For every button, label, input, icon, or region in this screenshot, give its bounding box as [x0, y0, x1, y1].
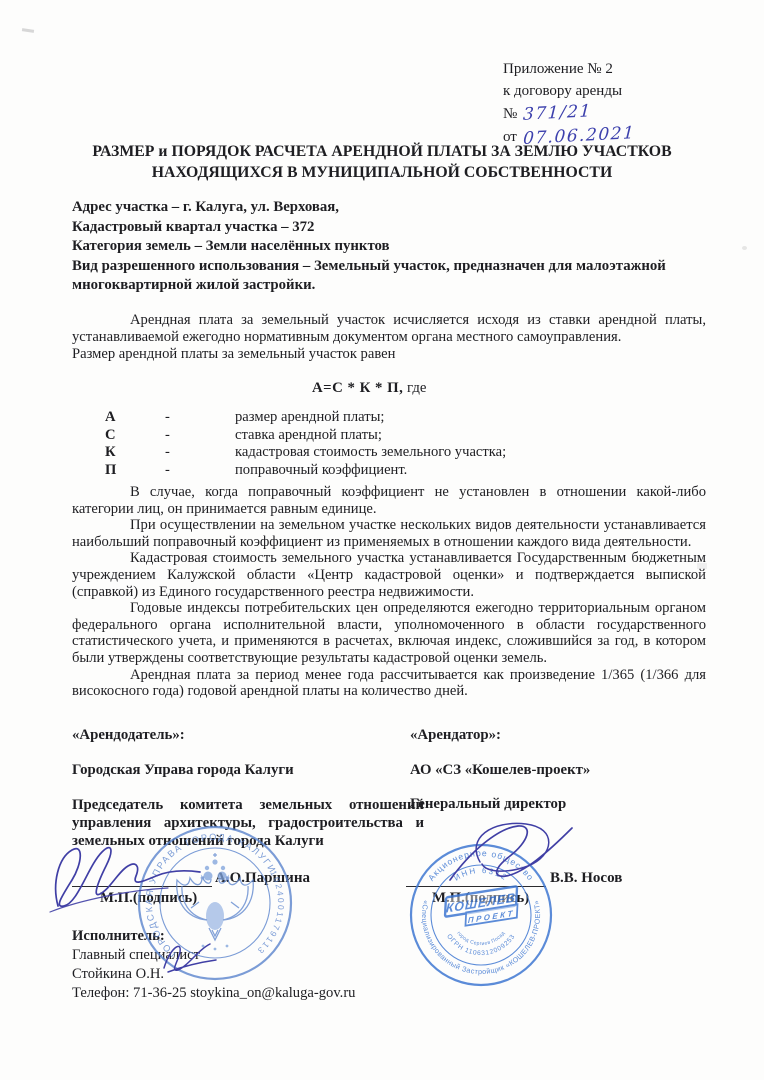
definition-row: А - размер арендной платы; — [72, 409, 706, 427]
definition-letter: К — [105, 444, 165, 462]
stamp-ring-text: ГОРОДСКАЯ УПРАВА ГОРОДА КАЛУГИ — [144, 832, 278, 959]
definition-row: С - ставка арендной платы; — [72, 427, 706, 445]
plot-permitted-use: Вид разрешенного использования – Земельн… — [72, 257, 722, 296]
contract-number-label: № — [503, 106, 517, 122]
kaluga-city-round-stamp: ГОРОДСКАЯ УПРАВА ГОРОДА КАЛУГИ 102400117… — [134, 822, 296, 984]
body-paragraph: Кадастровая стоимость земельного участка… — [72, 550, 706, 600]
body-paragraph: Арендная плата за период менее года расс… — [72, 667, 706, 700]
lessee-organization: АО «СЗ «Кошелев-проект» — [410, 762, 590, 779]
annex-header: Приложение № 2 к договору аренды №371/21… — [503, 58, 635, 148]
koshelev-proekt-round-stamp: Акционерное общество «Специализированный… — [406, 840, 556, 990]
definition-letter: С — [105, 427, 165, 445]
koshelev-logo: КОШЕЛЕВ ПРОЕКТ — [442, 886, 522, 929]
lessee-header: «Арендатор»: — [410, 727, 501, 744]
plot-cadastral-block: Кадастровый квартал участка – 372 — [72, 218, 722, 238]
document-title: РАЗМЕР и ПОРЯДОК РАСЧЕТА АРЕНДНОЙ ПЛАТЫ … — [0, 142, 764, 183]
plot-attributes: Адрес участка – г. Калуга, ул. Верховая,… — [72, 198, 722, 296]
body-paragraph: В случае, когда поправочный коэффициент … — [72, 484, 706, 517]
lessor-organization: Городская Управа города Калуги — [72, 762, 294, 779]
rent-formula: А=С * К * П, где — [72, 380, 706, 397]
title-line-2: НАХОДЯЩИХСЯ В МУНИЦИПАЛЬНОЙ СОБСТВЕННОСТ… — [0, 163, 764, 184]
annex-line-2: к договору аренды — [503, 80, 635, 102]
definition-meaning: кадастровая стоимость земельного участка… — [235, 444, 706, 462]
stamp-inn-text: ИНН 6312 — [452, 866, 509, 883]
scan-artifact — [22, 28, 34, 33]
stamp-city-text: город Сергиев Посад — [455, 931, 506, 948]
scanned-lease-annex-page: Приложение № 2 к договору аренды №371/21… — [0, 0, 764, 1080]
definition-row: П - поправочный коэффициент. — [72, 462, 706, 480]
lessee-signer-name: В.В. Носов — [550, 870, 622, 887]
body-paragraph: При осуществлении на земельном участке н… — [72, 517, 706, 550]
definition-dash: - — [165, 444, 235, 462]
lessor-header: «Арендодатель»: — [72, 727, 185, 744]
definition-dash: - — [165, 462, 235, 480]
annex-line-1: Приложение № 2 — [503, 58, 635, 80]
title-line-1: РАЗМЕР и ПОРЯДОК РАСЧЕТА АРЕНДНОЙ ПЛАТЫ … — [0, 142, 764, 163]
contract-number-handwritten: 371/21 — [523, 100, 593, 126]
body-paragraph: Годовые индексы потребительских цен опре… — [72, 600, 706, 666]
body-paragraphs: В случае, когда поправочный коэффициент … — [72, 484, 706, 700]
intro-section: Арендная плата за земельный участок исчи… — [72, 312, 706, 363]
scan-artifact — [742, 246, 747, 250]
definition-dash: - — [165, 427, 235, 445]
formula-expression: А=С * К * П, — [312, 380, 403, 396]
definition-letter: А — [105, 409, 165, 427]
definition-dash: - — [165, 409, 235, 427]
definition-meaning: ставка арендной платы; — [235, 427, 706, 445]
double-eagle-emblem — [177, 853, 254, 950]
definition-letter: П — [105, 462, 165, 480]
formula-definitions: А - размер арендной платы; С - ставка ар… — [72, 409, 706, 479]
definition-meaning: размер арендной платы; — [235, 409, 706, 427]
intro-paragraph: Арендная плата за земельный участок исчи… — [72, 312, 706, 346]
formula-suffix: где — [403, 380, 426, 396]
lessee-position: Генеральный директор — [410, 796, 566, 813]
contract-number-row: №371/21 — [503, 102, 635, 125]
definition-meaning: поправочный коэффициент. — [235, 462, 706, 480]
intro-lead-in: Размер арендной платы за земельный участ… — [72, 346, 706, 363]
stamp-ogrn-digits: 1024001179113 — [255, 869, 287, 957]
plot-land-category: Категория земель – Земли населённых пунк… — [72, 237, 722, 257]
executor-phone: Телефон: 71-36-25 stoykina_on@kaluga-gov… — [72, 985, 355, 1002]
definition-row: К - кадастровая стоимость земельного уча… — [72, 444, 706, 462]
plot-address: Адрес участка – г. Калуга, ул. Верховая, — [72, 198, 722, 218]
